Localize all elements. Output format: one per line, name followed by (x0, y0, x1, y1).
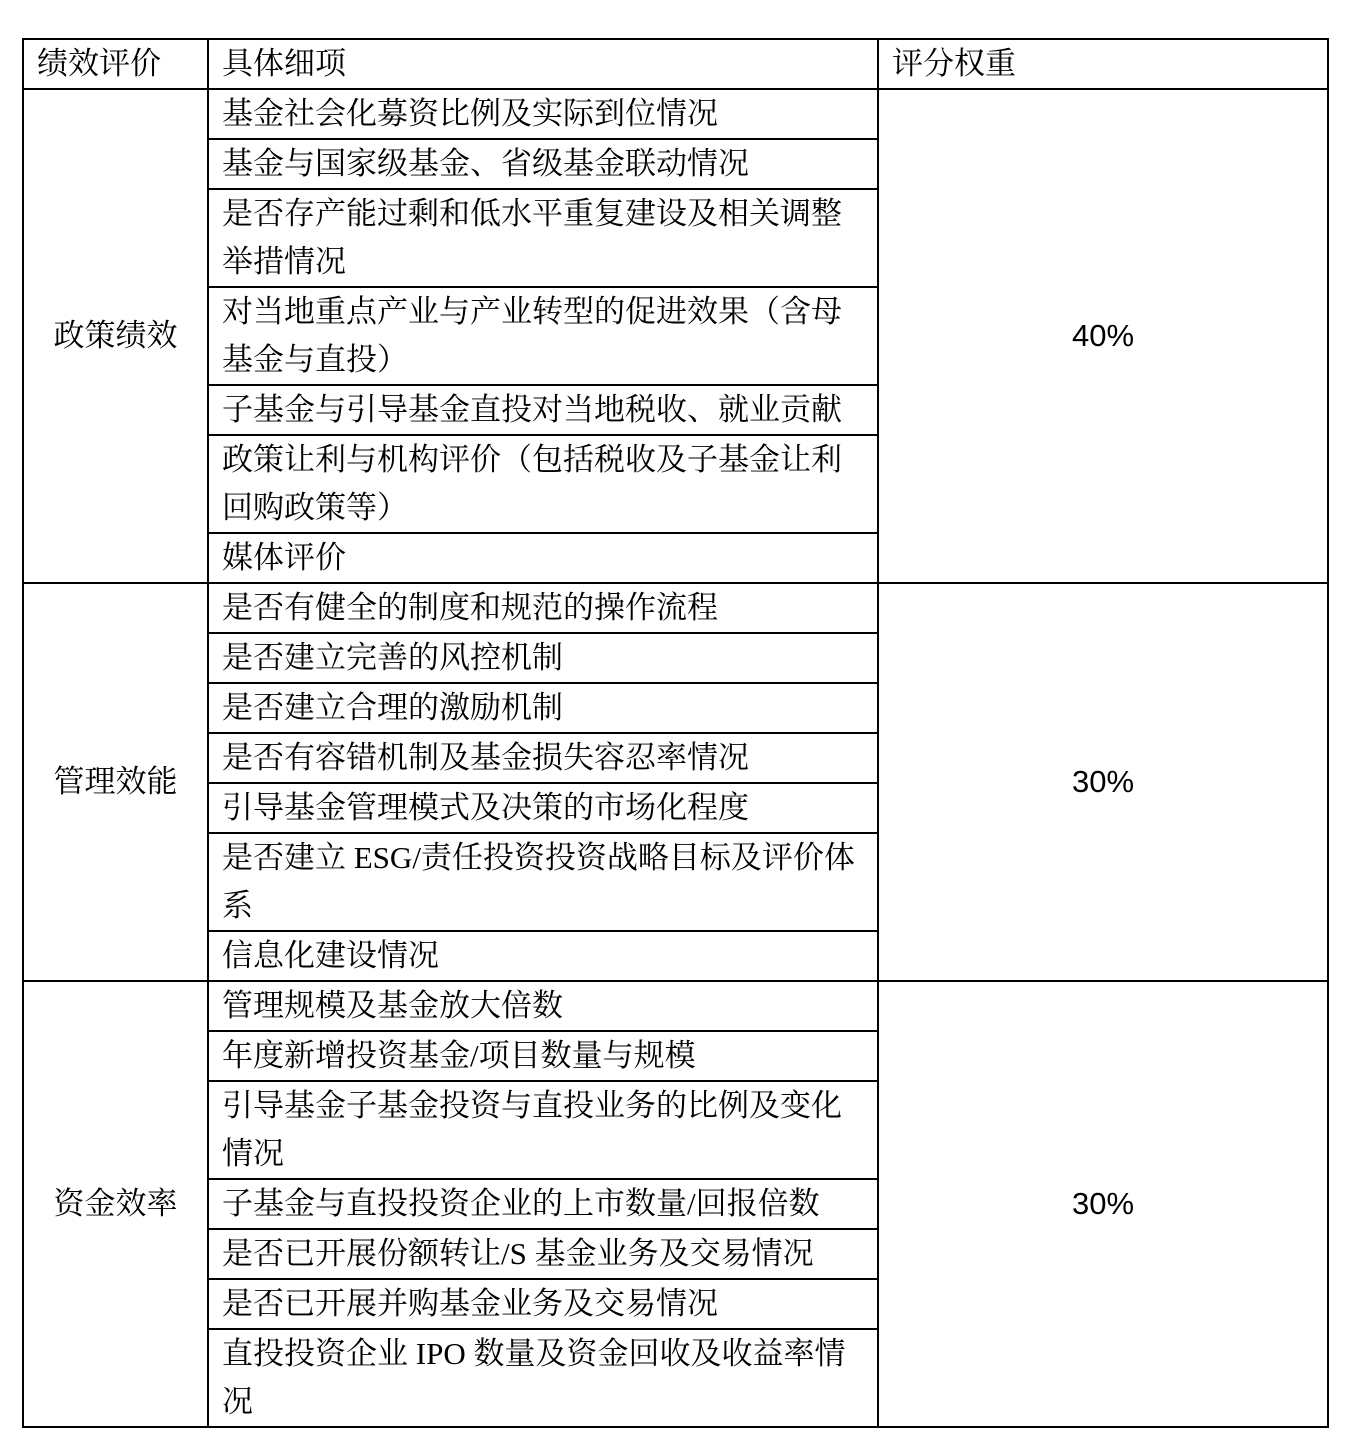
weight-cell-management: 30% (878, 583, 1328, 981)
item-cell: 引导基金子基金投资与直投业务的比例及变化情况 (208, 1081, 878, 1179)
table-row: 管理效能 是否有健全的制度和规范的操作流程 30% (23, 583, 1328, 633)
item-cell: 基金社会化募资比例及实际到位情况 (208, 89, 878, 139)
item-cell: 信息化建设情况 (208, 931, 878, 981)
item-cell: 是否存产能过剩和低水平重复建设及相关调整举措情况 (208, 189, 878, 287)
item-cell: 基金与国家级基金、省级基金联动情况 (208, 139, 878, 189)
item-cell: 子基金与引导基金直投对当地税收、就业贡献 (208, 385, 878, 435)
item-cell: 年度新增投资基金/项目数量与规模 (208, 1031, 878, 1081)
item-cell: 是否建立 ESG/责任投资投资战略目标及评价体系 (208, 833, 878, 931)
item-cell: 管理规模及基金放大倍数 (208, 981, 878, 1031)
item-cell: 是否已开展份额转让/S 基金业务及交易情况 (208, 1229, 878, 1279)
item-cell: 是否有容错机制及基金损失容忍率情况 (208, 733, 878, 783)
weight-cell-policy: 40% (878, 89, 1328, 583)
item-cell: 是否有健全的制度和规范的操作流程 (208, 583, 878, 633)
header-cell-detail: 具体细项 (208, 39, 878, 89)
category-cell-policy: 政策绩效 (23, 89, 208, 583)
weight-cell-capital: 30% (878, 981, 1328, 1427)
item-cell: 媒体评价 (208, 533, 878, 583)
item-cell: 直投投资企业 IPO 数量及资金回收及收益率情况 (208, 1329, 878, 1427)
item-cell: 政策让利与机构评价（包括税收及子基金让利回购政策等） (208, 435, 878, 533)
evaluation-table: 绩效评价 具体细项 评分权重 政策绩效 基金社会化募资比例及实际到位情况 40%… (22, 38, 1329, 1428)
table-row: 政策绩效 基金社会化募资比例及实际到位情况 40% (23, 89, 1328, 139)
category-cell-capital: 资金效率 (23, 981, 208, 1427)
table-header-row: 绩效评价 具体细项 评分权重 (23, 39, 1328, 89)
item-cell: 是否已开展并购基金业务及交易情况 (208, 1279, 878, 1329)
item-cell: 引导基金管理模式及决策的市场化程度 (208, 783, 878, 833)
header-cell-category: 绩效评价 (23, 39, 208, 89)
item-cell: 是否建立合理的激励机制 (208, 683, 878, 733)
item-cell: 是否建立完善的风控机制 (208, 633, 878, 683)
header-cell-weight: 评分权重 (878, 39, 1328, 89)
item-cell: 对当地重点产业与产业转型的促进效果（含母基金与直投） (208, 287, 878, 385)
item-cell: 子基金与直投投资企业的上市数量/回报倍数 (208, 1179, 878, 1229)
category-cell-management: 管理效能 (23, 583, 208, 981)
table-row: 资金效率 管理规模及基金放大倍数 30% (23, 981, 1328, 1031)
